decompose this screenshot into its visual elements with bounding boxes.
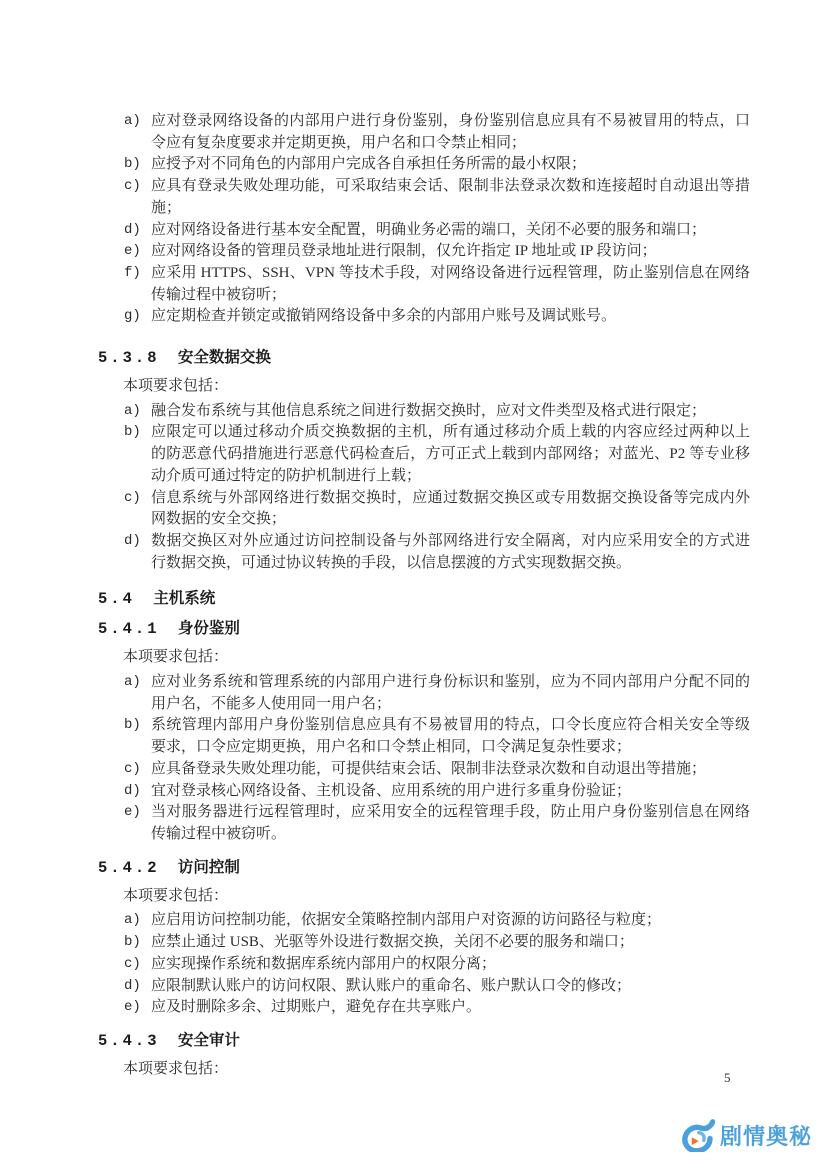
item-text: 融合发布系统与其他信息系统之间进行数据交换时，应对文件类型及格式进行限定；: [151, 401, 750, 423]
item-label: c): [124, 954, 151, 976]
swirl-stroke: [685, 1122, 713, 1151]
list-item: c) 应具有登录失败处理功能，可采取结束会话、限制非法登录次数和连接超时自动退出…: [124, 176, 750, 219]
section-5-4-2: 5.4.2 访问控制 本项要求包括： a) 应启用访问控制功能，依据安全策略控制…: [98, 858, 750, 1019]
section-5-4-3: 5.4.3 安全审计 本项要求包括：: [98, 1031, 750, 1081]
section-title: 访问控制: [178, 859, 240, 876]
item-text: 应具有登录失败处理功能，可采取结束会话、限制非法登录次数和连接超时自动退出等措施…: [151, 176, 750, 219]
item-text: 应采用 HTTPS、SSH、VPN 等技术手段，对网络设备进行远程管理，防止鉴别…: [151, 263, 750, 306]
item-text: 数据交换区对外应通过访问控制设备与外部网络进行安全隔离，对内应采用安全的方式进行…: [151, 531, 750, 574]
section-heading: 5.4.2 访问控制: [98, 858, 750, 878]
brand-logo: 剧情奥秘: [681, 1118, 812, 1152]
list-item: b) 应限定可以通过移动介质交换数据的主机，所有通过移动介质上载的内容应经过两种…: [124, 422, 750, 487]
item-text: 应对登录网络设备的内部用户进行身份鉴别，身份鉴别信息应具有不易被冒用的特点，口令…: [151, 111, 750, 154]
item-label: e): [124, 802, 151, 845]
item-label: g): [124, 306, 151, 328]
section-5-3-8: 5.3.8 安全数据交换 本项要求包括： a) 融合发布系统与其他信息系统之间进…: [98, 348, 750, 574]
item-text: 应限制默认账户的访问权限、默认账户的重命名、账户默认口令的修改；: [151, 976, 750, 998]
section-title: 主机系统: [153, 590, 215, 607]
item-label: b): [124, 932, 151, 954]
item-text: 当对服务器进行远程管理时，应采用安全的远程管理手段，防止用户身份鉴别信息在网络传…: [151, 802, 750, 845]
item-label: d): [124, 531, 151, 574]
item-text: 应启用访问控制功能，依据安全策略控制内部用户对资源的访问路径与粒度；: [151, 910, 750, 932]
section-title: 身份鉴别: [178, 620, 240, 637]
item-label: d): [124, 220, 151, 242]
item-label: e): [124, 997, 151, 1019]
item-text: 应对业务系统和管理系统的内部用户进行身份标识和鉴别，应为不同内部用户分配不同的用…: [151, 672, 750, 715]
section-intro: 本项要求包括：: [123, 886, 750, 908]
list-item: a) 应对业务系统和管理系统的内部用户进行身份标识和鉴别，应为不同内部用户分配不…: [124, 672, 750, 715]
item-text: 应定期检查并锁定或撤销网络设备中多余的内部用户账号及调试账号。: [151, 306, 750, 328]
requirement-list: a) 应启用访问控制功能，依据安全策略控制内部用户对资源的访问路径与粒度； b)…: [124, 910, 750, 1019]
item-label: d): [124, 976, 151, 998]
list-item: b) 系统管理内部用户身份鉴别信息应具有不易被冒用的特点，口令长度应符合相关安全…: [124, 715, 750, 758]
item-label: b): [124, 154, 151, 176]
list-item: d) 宜对登录核心网络设备、主机设备、应用系统的用户进行多重身份验证；: [124, 781, 750, 803]
item-label: f): [124, 263, 151, 306]
list-item: a) 应启用访问控制功能，依据安全策略控制内部用户对资源的访问路径与粒度；: [124, 910, 750, 932]
section-intro: 本项要求包括：: [123, 1059, 750, 1081]
section-number: 5.4: [98, 590, 135, 608]
item-text: 系统管理内部用户身份鉴别信息应具有不易被冒用的特点，口令长度应符合相关安全等级要…: [151, 715, 750, 758]
item-text: 信息系统与外部网络进行数据交换时，应通过数据交换区或专用数据交换设备等完成内外网…: [151, 488, 750, 531]
item-label: a): [124, 910, 151, 932]
document-content: a) 应对登录网络设备的内部用户进行身份鉴别，身份鉴别信息应具有不易被冒用的特点…: [98, 111, 750, 1084]
list-item: c) 信息系统与外部网络进行数据交换时，应通过数据交换区或专用数据交换设备等完成…: [124, 488, 750, 531]
item-text: 宜对登录核心网络设备、主机设备、应用系统的用户进行多重身份验证；: [151, 781, 750, 803]
item-text: 应具备登录失败处理功能，可提供结束会话、限制非法登录次数和自动退出等措施；: [151, 759, 750, 781]
list-item: c) 应实现操作系统和数据库系统内部用户的权限分离；: [124, 954, 750, 976]
section-number: 5.3.8: [98, 349, 160, 367]
requirement-list: a) 应对业务系统和管理系统的内部用户进行身份标识和鉴别，应为不同内部用户分配不…: [124, 672, 750, 846]
requirement-list-top: a) 应对登录网络设备的内部用户进行身份鉴别，身份鉴别信息应具有不易被冒用的特点…: [124, 111, 750, 328]
item-label: e): [124, 241, 151, 263]
list-item: e) 当对服务器进行远程管理时，应采用安全的远程管理手段，防止用户身份鉴别信息在…: [124, 802, 750, 845]
item-label: c): [124, 176, 151, 219]
item-text: 应及时删除多余、过期账户，避免存在共享账户。: [151, 997, 750, 1019]
item-label: d): [124, 781, 151, 803]
item-text: 应实现操作系统和数据库系统内部用户的权限分离；: [151, 954, 750, 976]
list-item: d) 应限制默认账户的访问权限、默认账户的重命名、账户默认口令的修改；: [124, 976, 750, 998]
list-item: e) 应对网络设备的管理员登录地址进行限制，仅允许指定 IP 地址或 IP 段访…: [124, 241, 750, 263]
section-intro: 本项要求包括：: [123, 647, 750, 669]
list-item: e) 应及时删除多余、过期账户，避免存在共享账户。: [124, 997, 750, 1019]
section-heading: 5.4.3 安全审计: [98, 1031, 750, 1051]
item-label: b): [124, 715, 151, 758]
section-title: 安全数据交换: [178, 349, 271, 366]
item-text: 应授予对不同角色的内部用户完成各自承担任务所需的最小权限；: [151, 154, 750, 176]
section-number: 5.4.1: [98, 620, 160, 638]
section-heading: 5.3.8 安全数据交换: [98, 348, 750, 368]
section-number: 5.4.3: [98, 1032, 160, 1050]
list-item: b) 应禁止通过 USB、光驱等外设进行数据交换，关闭不必要的服务和端口；: [124, 932, 750, 954]
list-item: c) 应具备登录失败处理功能，可提供结束会话、限制非法登录次数和自动退出等措施；: [124, 759, 750, 781]
item-label: a): [124, 111, 151, 154]
section-intro: 本项要求包括：: [123, 376, 750, 398]
item-label: c): [124, 488, 151, 531]
list-item: a) 应对登录网络设备的内部用户进行身份鉴别，身份鉴别信息应具有不易被冒用的特点…: [124, 111, 750, 154]
item-text: 应对网络设备进行基本安全配置，明确业务必需的端口，关闭不必要的服务和端口；: [151, 220, 750, 242]
page-number: 5: [724, 1070, 731, 1086]
list-item: d) 应对网络设备进行基本安全配置，明确业务必需的端口，关闭不必要的服务和端口；: [124, 220, 750, 242]
item-text: 应对网络设备的管理员登录地址进行限制，仅允许指定 IP 地址或 IP 段访问；: [151, 241, 750, 263]
list-item: f) 应采用 HTTPS、SSH、VPN 等技术手段，对网络设备进行远程管理，防…: [124, 263, 750, 306]
section-heading: 5.4 主机系统: [98, 589, 750, 609]
section-number: 5.4.2: [98, 859, 160, 877]
list-item: b) 应授予对不同角色的内部用户完成各自承担任务所需的最小权限；: [124, 154, 750, 176]
item-label: b): [124, 422, 151, 487]
document-page: a) 应对登录网络设备的内部用户进行身份鉴别，身份鉴别信息应具有不易被冒用的特点…: [0, 0, 827, 1170]
inner-curl-stroke: [699, 1133, 704, 1141]
item-label: a): [124, 401, 151, 423]
logo-swirl-icon: [681, 1118, 715, 1152]
brand-text: 剧情奥秘: [720, 1120, 812, 1151]
requirement-list: a) 融合发布系统与其他信息系统之间进行数据交换时，应对文件类型及格式进行限定；…: [124, 401, 750, 575]
item-text: 应禁止通过 USB、光驱等外设进行数据交换，关闭不必要的服务和端口；: [151, 932, 750, 954]
item-label: c): [124, 759, 151, 781]
list-item: d) 数据交换区对外应通过访问控制设备与外部网络进行安全隔离，对内应采用安全的方…: [124, 531, 750, 574]
play-triangle-icon: [692, 1137, 699, 1145]
section-title: 安全审计: [178, 1032, 240, 1049]
section-5-4-1: 5.4.1 身份鉴别 本项要求包括： a) 应对业务系统和管理系统的内部用户进行…: [98, 619, 750, 845]
list-item: g) 应定期检查并锁定或撤销网络设备中多余的内部用户账号及调试账号。: [124, 306, 750, 328]
section-5-4: 5.4 主机系统: [98, 589, 750, 609]
item-label: a): [124, 672, 151, 715]
item-text: 应限定可以通过移动介质交换数据的主机，所有通过移动介质上载的内容应经过两种以上的…: [151, 422, 750, 487]
section-heading: 5.4.1 身份鉴别: [98, 619, 750, 639]
list-item: a) 融合发布系统与其他信息系统之间进行数据交换时，应对文件类型及格式进行限定；: [124, 401, 750, 423]
